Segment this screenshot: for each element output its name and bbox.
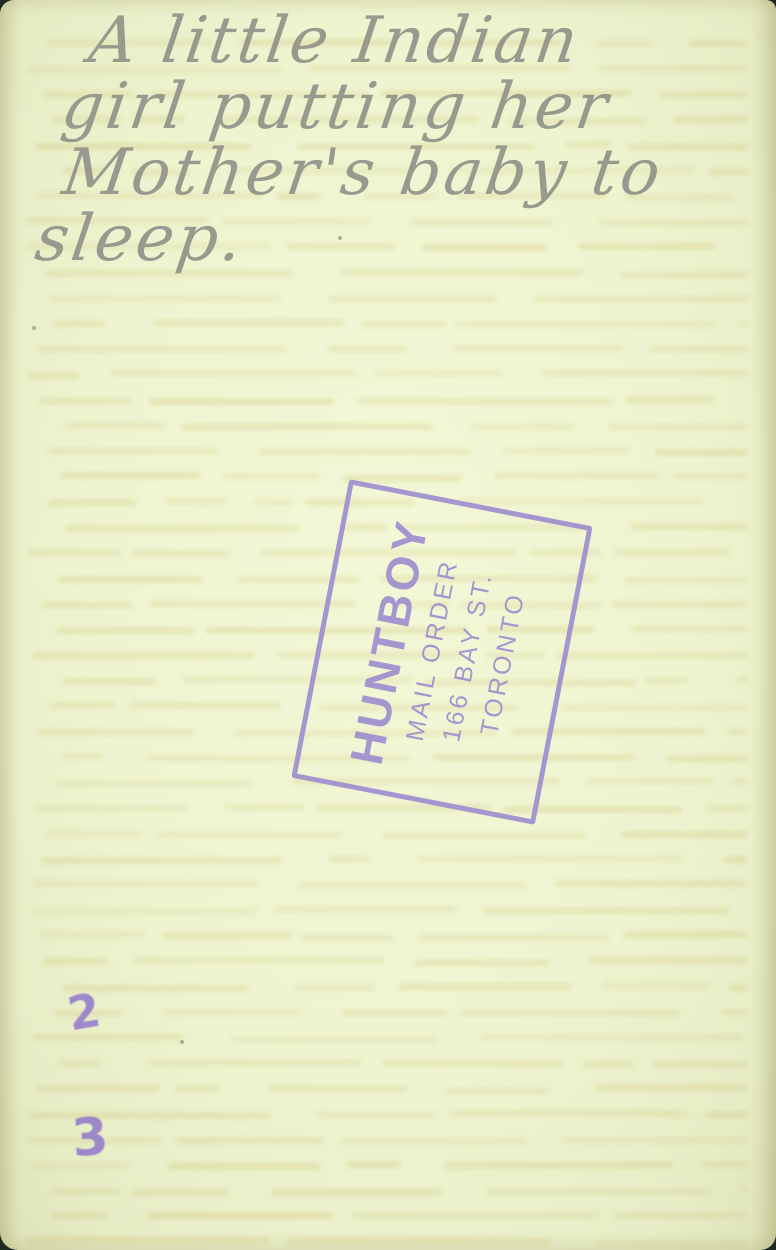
speck xyxy=(180,1040,184,1044)
bleed-line xyxy=(54,320,106,327)
bleed-line xyxy=(731,778,748,785)
bleed-line xyxy=(181,423,433,430)
bleed-line xyxy=(444,1162,673,1169)
bleed-line xyxy=(42,602,134,609)
bleed-line xyxy=(595,1240,748,1247)
handwritten-caption: A little Indian girl putting her Mother'… xyxy=(21,8,758,272)
bleed-line xyxy=(398,983,571,990)
bleed-line xyxy=(561,704,748,711)
bleed-line xyxy=(460,1010,679,1017)
bleed-line xyxy=(602,982,709,989)
bleed-line xyxy=(329,855,370,862)
bleed-line xyxy=(147,1212,333,1219)
bleed-line xyxy=(259,448,470,455)
bleed-line xyxy=(445,1087,548,1094)
bleed-line xyxy=(32,1034,184,1041)
bleed-line xyxy=(49,1188,121,1195)
bleed-line xyxy=(340,1138,528,1145)
bleed-line xyxy=(740,1186,748,1193)
bleed-line xyxy=(360,321,446,328)
bleed-line xyxy=(294,984,376,991)
bleed-line xyxy=(482,907,729,914)
bleed-line xyxy=(665,755,748,762)
bleed-line xyxy=(727,728,748,735)
bleed-line xyxy=(47,447,217,454)
bleed-line xyxy=(705,1111,748,1118)
bleed-line xyxy=(230,1036,439,1043)
bleed-line xyxy=(48,499,138,506)
bleed-line xyxy=(382,1060,564,1067)
caption-line: girl putting her xyxy=(58,74,749,140)
bleed-line xyxy=(700,1161,748,1168)
bleed-line xyxy=(631,626,748,633)
bleed-line xyxy=(163,1009,299,1016)
bleed-line xyxy=(129,702,283,709)
bleed-line xyxy=(448,1110,689,1117)
bleed-line xyxy=(26,372,80,379)
bleed-line xyxy=(58,576,204,583)
bleed-line xyxy=(57,1060,103,1067)
bleed-line xyxy=(130,1189,230,1196)
bleed-line xyxy=(156,831,343,838)
bleed-line xyxy=(452,345,623,352)
bleed-line xyxy=(39,398,132,405)
bleed-line xyxy=(35,1085,161,1092)
bleed-line xyxy=(299,882,525,889)
bleed-line xyxy=(39,931,146,938)
bleed-line xyxy=(469,423,573,430)
bleed-line xyxy=(609,423,748,430)
ink-mark: 2 xyxy=(64,983,105,1042)
bleed-line xyxy=(414,959,549,966)
caption-line: sleep. xyxy=(31,206,730,272)
bleed-line xyxy=(583,1061,634,1068)
bleed-line xyxy=(26,549,122,556)
bleed-line xyxy=(37,346,286,353)
bleed-line xyxy=(65,525,300,532)
bleed-line xyxy=(626,396,714,403)
bleed-line xyxy=(652,1061,748,1068)
bleed-line xyxy=(729,984,748,991)
bleed-line xyxy=(417,855,683,862)
bleed-line xyxy=(301,934,393,941)
bleed-line xyxy=(595,1084,748,1091)
caption-line: A little Indian xyxy=(85,8,758,74)
bleed-line xyxy=(133,957,385,964)
bleed-line xyxy=(494,472,658,479)
bleed-line xyxy=(56,627,195,634)
bleed-line xyxy=(502,447,630,454)
photo-card-back: A little Indian girl putting her Mother'… xyxy=(0,0,776,1250)
bleed-line xyxy=(153,319,345,326)
bleed-line xyxy=(286,1238,551,1245)
bleed-line xyxy=(357,398,615,405)
speck xyxy=(32,326,36,330)
bleed-line xyxy=(621,831,748,838)
bleed-line xyxy=(36,805,188,812)
bleed-line xyxy=(650,346,748,353)
bleed-line xyxy=(673,473,748,480)
bleed-line xyxy=(614,1212,748,1219)
bleed-line xyxy=(736,676,748,683)
bleed-line xyxy=(706,805,748,812)
bleed-line xyxy=(586,778,713,785)
bleed-line xyxy=(51,1212,108,1219)
bleed-line xyxy=(42,958,108,965)
speck xyxy=(338,236,342,240)
bleed-line xyxy=(455,321,716,328)
bleed-line xyxy=(32,652,255,659)
bleed-line xyxy=(374,370,504,377)
bleed-line xyxy=(149,398,333,405)
bleed-line xyxy=(623,931,748,938)
bleed-line xyxy=(274,906,457,913)
bleed-line xyxy=(614,549,729,556)
bleed-line xyxy=(167,1163,320,1170)
bleed-line xyxy=(554,652,748,659)
bleed-line xyxy=(486,1188,712,1195)
bleed-line xyxy=(534,295,748,302)
bleed-line xyxy=(49,702,116,709)
bleed-line xyxy=(739,321,748,328)
bleed-line xyxy=(30,908,258,915)
bleed-line xyxy=(267,1085,409,1092)
bleed-line xyxy=(611,601,748,608)
bleed-line xyxy=(63,753,103,760)
bleed-line xyxy=(271,1189,443,1196)
bleed-line xyxy=(224,804,305,811)
bleed-line xyxy=(541,370,748,377)
bleed-line xyxy=(46,830,143,837)
bleed-line xyxy=(50,295,281,302)
bleed-line xyxy=(480,1034,744,1041)
bleed-line xyxy=(561,1137,748,1144)
bleed-line xyxy=(60,472,201,479)
bleed-line xyxy=(162,932,294,939)
bleed-line xyxy=(644,677,688,684)
stamp-text-block: HUNTBOY MAIL ORDER 166 BAY ST. TORONTO xyxy=(301,488,582,817)
bleed-line xyxy=(315,1111,435,1118)
bleed-line xyxy=(418,934,609,941)
bleed-line xyxy=(38,729,194,736)
bleed-line xyxy=(110,370,357,377)
bleed-line xyxy=(55,780,253,787)
bleed-line xyxy=(654,449,748,456)
bleed-line xyxy=(132,550,231,557)
bleed-line xyxy=(588,957,748,964)
bleed-line xyxy=(346,1161,401,1168)
bleed-line xyxy=(174,1085,220,1092)
bleed-line xyxy=(382,832,586,839)
bleed-line xyxy=(327,346,408,353)
bleed-line xyxy=(341,1010,448,1017)
caption-line: Mother's baby to xyxy=(59,140,740,206)
bleed-line xyxy=(462,498,703,505)
ink-mark: 3 xyxy=(69,1107,110,1170)
bleed-line xyxy=(555,880,748,887)
bleed-line xyxy=(175,1137,325,1144)
dealer-stamp: HUNTBOY MAIL ORDER 166 BAY ST. TORONTO xyxy=(291,479,592,825)
bleed-line xyxy=(64,422,168,429)
bleed-line xyxy=(26,1237,270,1244)
bleed-line xyxy=(723,856,748,863)
bleed-line xyxy=(328,295,496,302)
bleed-line xyxy=(721,1009,748,1016)
bleed-line xyxy=(351,1212,600,1219)
bleed-line xyxy=(223,473,320,480)
bleed-line xyxy=(63,678,158,685)
bleed-line xyxy=(624,577,748,584)
bleed-line xyxy=(41,857,282,864)
bleed-line xyxy=(148,1059,362,1066)
bleed-line xyxy=(630,523,748,530)
bleed-line xyxy=(165,498,226,505)
bleed-line xyxy=(253,499,294,506)
bleed-line xyxy=(33,880,257,887)
bleed-line xyxy=(27,1112,270,1119)
